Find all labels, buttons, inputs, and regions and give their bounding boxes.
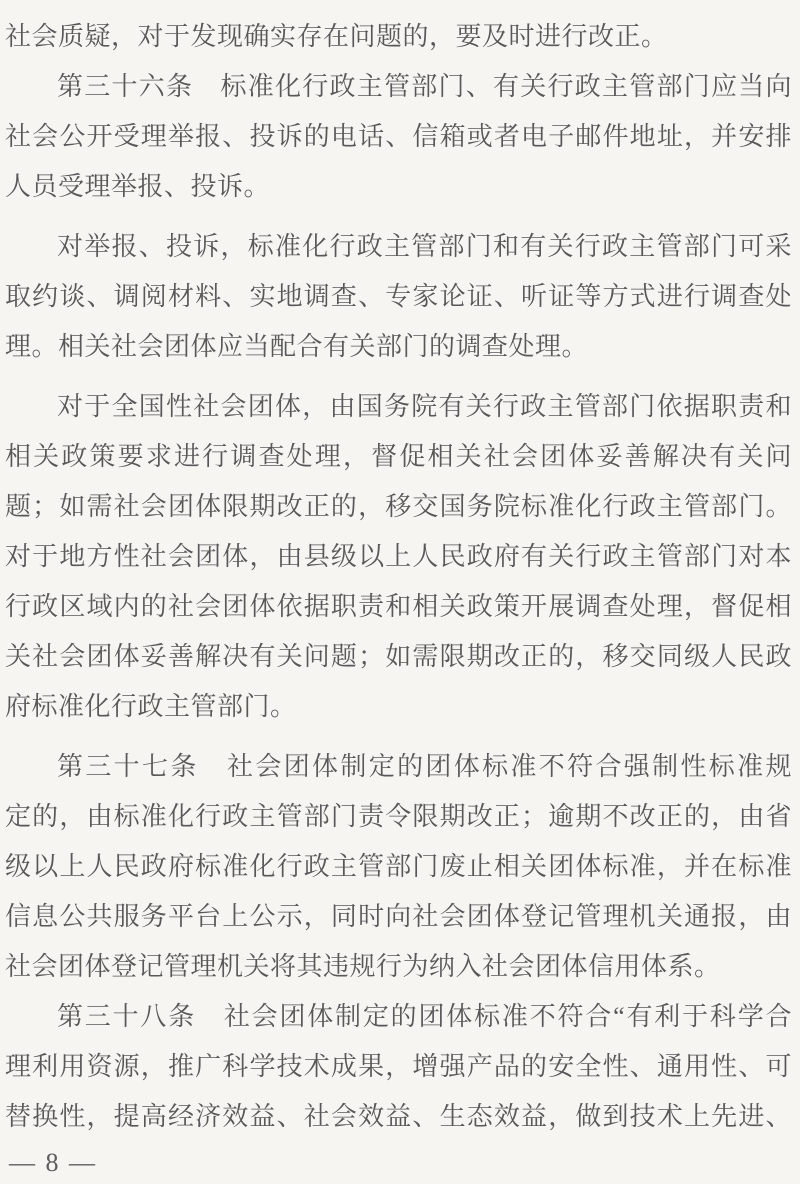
text-line-article-37: 第三十七条 社会团体制定的团体标准不符合强制性标准规 <box>5 742 792 792</box>
text-line: 社会团体登记管理机关将其违规行为纳入社会团体信用体系。 <box>5 942 792 992</box>
text-line: 替换性，提高经济效益、社会效益、生态效益，做到技术上先进、 <box>5 1092 792 1142</box>
text-line-article-38: 第三十八条 社会团体制定的团体标准不符合“有利于科学合 <box>5 992 792 1042</box>
text-line: 社会公开受理举报、投诉的电话、信箱或者电子邮件地址，并安排 <box>5 112 792 162</box>
text-line: 信息公共服务平台上公示，同时向社会团体登记管理机关通报，由 <box>5 892 792 942</box>
text-line: 府标准化行政主管部门。 <box>5 682 792 732</box>
text-line: 理利用资源，推广科学技术成果，增强产品的安全性、通用性、可 <box>5 1042 792 1092</box>
text-line: 相关政策要求进行调查处理，督促相关社会团体妥善解决有关问 <box>5 432 792 482</box>
document-page: 社会质疑，对于发现确实存在问题的，要及时进行改正。 第三十六条 标准化行政主管部… <box>0 0 800 1184</box>
text-line: 社会质疑，对于发现确实存在问题的，要及时进行改正。 <box>5 12 792 62</box>
text-line: 题；如需社会团体限期改正的，移交国务院标准化行政主管部门。 <box>5 482 792 532</box>
text-line: 定的，由标准化行政主管部门责令限期改正；逾期不改正的，由省 <box>5 792 792 842</box>
text-line: 取约谈、调阅材料、实地调查、专家论证、听证等方式进行调查处 <box>5 272 792 322</box>
text-line: 对于地方性社会团体，由县级以上人民政府有关行政主管部门对本 <box>5 532 792 582</box>
text-line: 理。相关社会团体应当配合有关部门的调查处理。 <box>5 322 792 372</box>
page-number: — 8 — <box>5 1146 792 1180</box>
text-line: 对于全国性社会团体，由国务院有关行政主管部门依据职责和 <box>5 382 792 432</box>
text-line-article-36: 第三十六条 标准化行政主管部门、有关行政主管部门应当向 <box>5 62 792 112</box>
text-line: 人员受理举报、投诉。 <box>5 162 792 212</box>
text-line: 对举报、投诉，标准化行政主管部门和有关行政主管部门可采 <box>5 222 792 272</box>
text-line: 关社会团体妥善解决有关问题；如需限期改正的，移交同级人民政 <box>5 632 792 682</box>
text-line: 行政区域内的社会团体依据职责和相关政策开展调查处理，督促相 <box>5 582 792 632</box>
text-line: 级以上人民政府标准化行政主管部门废止相关团体标准，并在标准 <box>5 842 792 892</box>
